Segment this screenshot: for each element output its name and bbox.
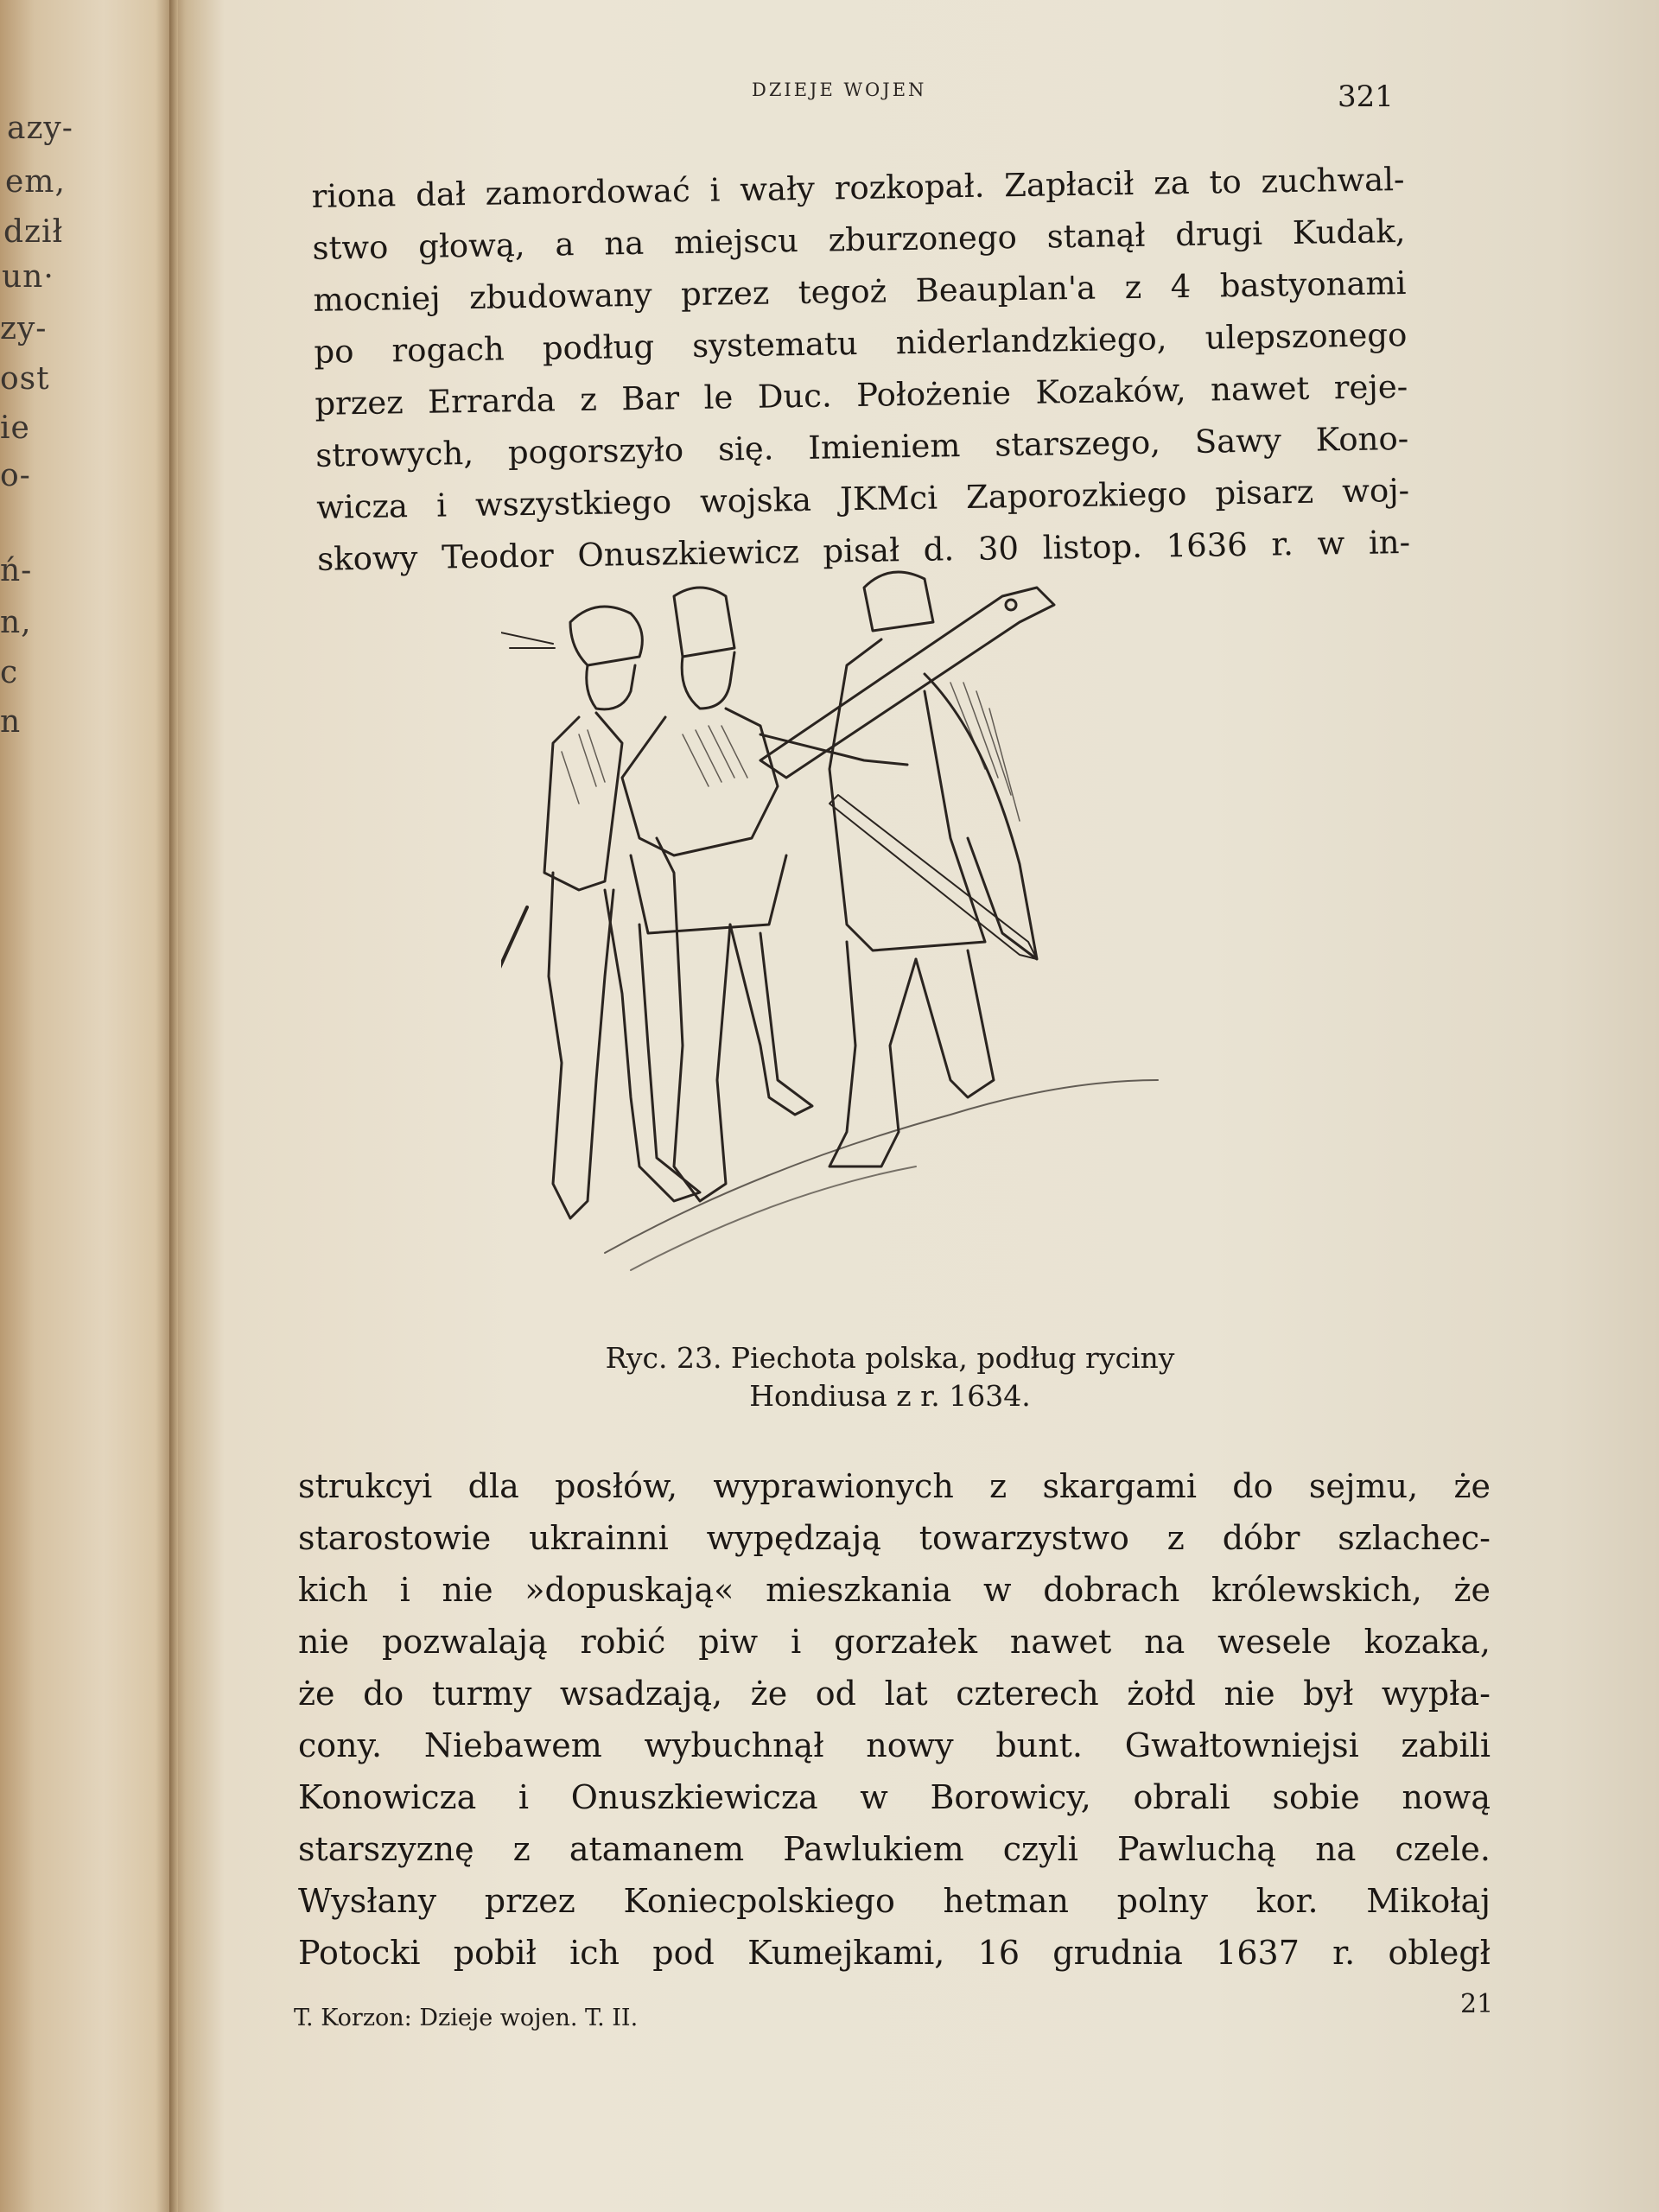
left-page-fragment: n <box>0 704 21 740</box>
left-page-fragment: ie <box>0 410 30 446</box>
text-line: że do turmy wsadzają, że od lat czterech… <box>298 1668 1491 1719</box>
text-line: Wysłany przez Koniecpolskiego hetman pol… <box>298 1875 1491 1927</box>
top-paragraph: riona dał zamordować i wały rozkopał. Za… <box>311 154 1410 586</box>
left-page-fragment: ń- <box>0 553 32 588</box>
left-page-fragment: un· <box>2 259 54 295</box>
left-page-fragment: n, <box>0 605 32 640</box>
figure-caption: Ryc. 23. Piechota polska, podług ryciny … <box>518 1339 1262 1415</box>
text-line: kich i nie »dopuskają« mieszkania w dobr… <box>298 1564 1491 1616</box>
book-gutter <box>169 0 178 2212</box>
left-page-edge: azy- em, dził un· zy- ost ie o- ń- n, c … <box>0 0 173 2212</box>
bottom-paragraph: strukcyi dla posłów, wyprawionych z skar… <box>298 1460 1491 1979</box>
caption-line: Ryc. 23. Piechota polska, podług ryciny <box>518 1339 1262 1377</box>
text-line: Potocki pobił ich pod Kumejkami, 16 grud… <box>298 1927 1491 1979</box>
printer-signature: 21 <box>1460 1989 1493 2019</box>
book-reference-footer: T. Korzon: Dzieje wojen. T. II. <box>294 2005 638 2031</box>
engraving-icon <box>501 562 1210 1313</box>
left-page-fragment: ost <box>0 361 50 397</box>
left-page-fragment: azy- <box>7 111 73 146</box>
text-line: nie pozwalają robić piw i gorzałek nawet… <box>298 1616 1491 1668</box>
left-page-fragment: em, <box>5 164 66 200</box>
page-number: 321 <box>1338 79 1394 114</box>
left-page-fragment: o- <box>0 458 31 493</box>
left-page-fragment: zy- <box>0 311 47 346</box>
text-line: starostowie ukrainni wypędzają towarzyst… <box>298 1512 1491 1564</box>
illustration-three-infantrymen <box>501 562 1210 1313</box>
text-line: Konowicza i Onuszkiewicza w Borowicy, ob… <box>298 1771 1491 1823</box>
running-head: DZIEJE WOJEN <box>752 79 926 100</box>
caption-line: Hondiusa z r. 1634. <box>518 1377 1262 1415</box>
text-line: cony. Niebawem wybuchnął nowy bunt. Gwał… <box>298 1719 1491 1771</box>
left-page-fragment: dził <box>3 214 63 250</box>
text-line: starszyznę z atamanem Pawlukiem czyli Pa… <box>298 1823 1491 1875</box>
text-line: strukcyi dla posłów, wyprawionych z skar… <box>298 1460 1491 1512</box>
left-page-fragment: c <box>0 655 18 690</box>
